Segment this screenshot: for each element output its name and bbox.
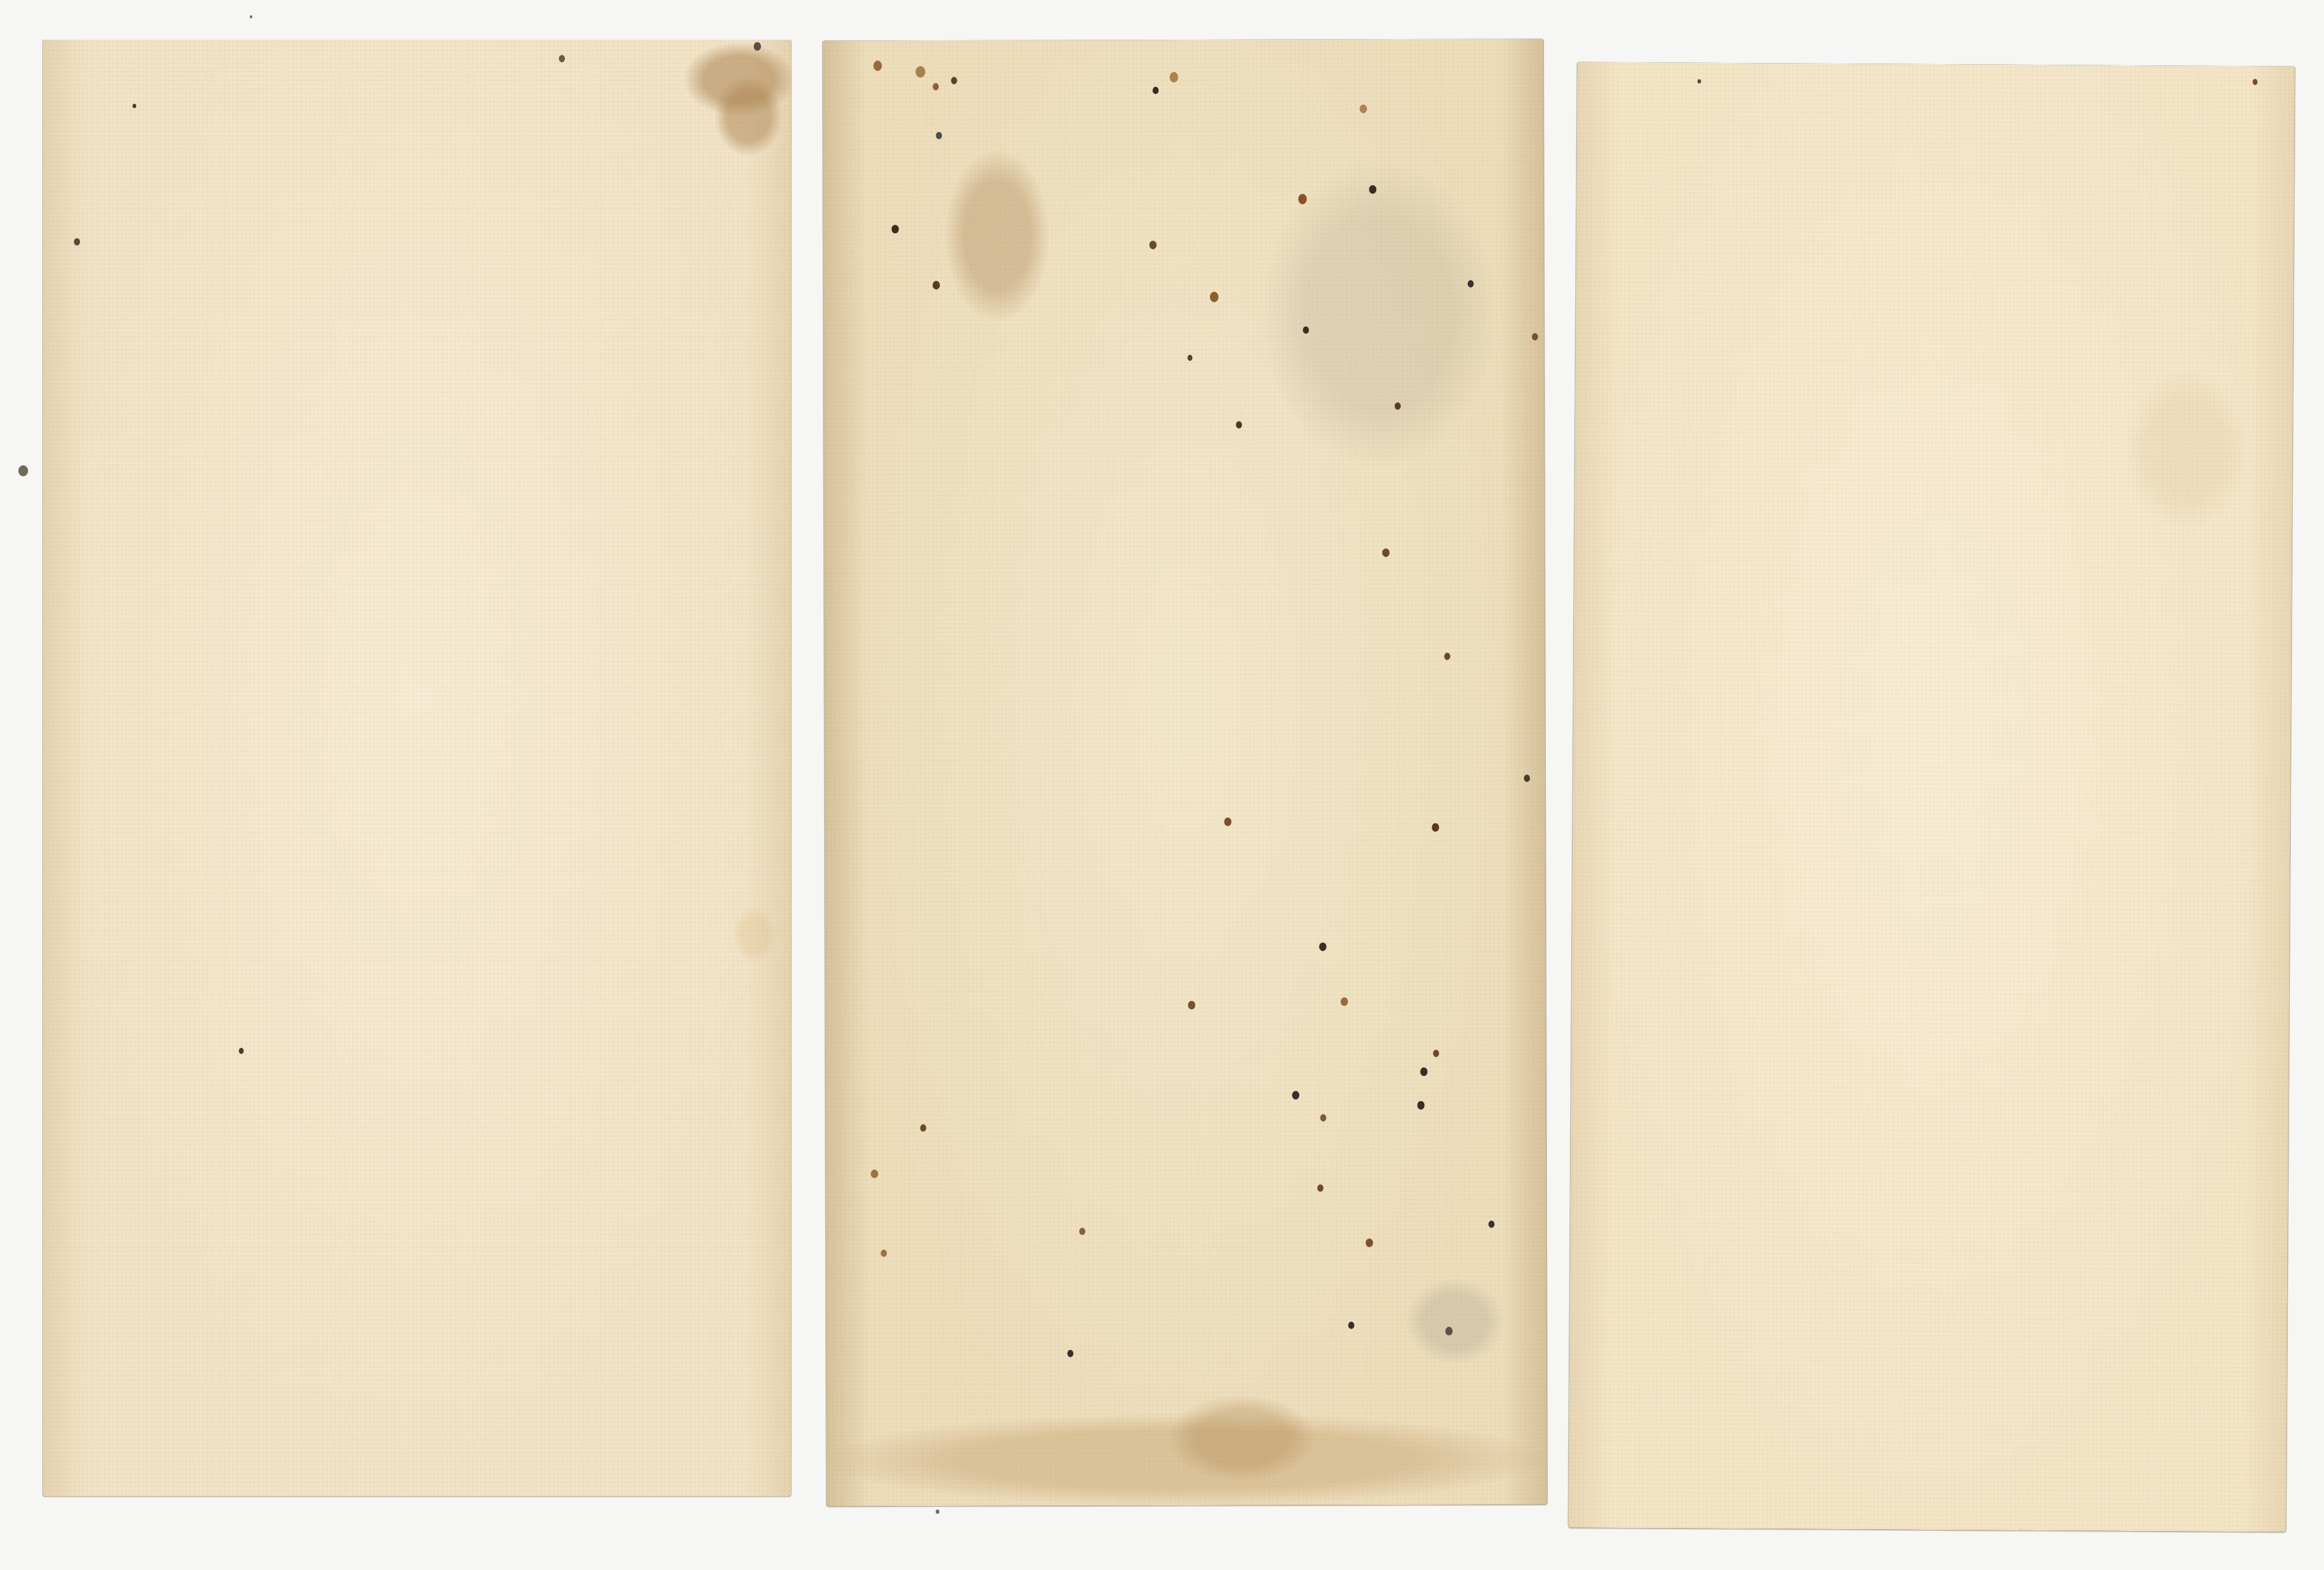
- foxing-speck: [1236, 421, 1242, 429]
- foxing-speck: [1210, 292, 1218, 302]
- foxing-speck: [1187, 355, 1192, 361]
- foxing-speck: [74, 238, 80, 245]
- foxing-speck: [1348, 1321, 1354, 1329]
- scanner-dust-dot: [18, 465, 28, 476]
- paper-texture: [43, 40, 791, 1496]
- foxing-stain: [1168, 1395, 1315, 1481]
- scanner-dust-dot: [250, 15, 252, 18]
- paper-texture: [1568, 62, 2295, 1532]
- foxing-speck: [1433, 1050, 1439, 1057]
- foxing-speck: [1303, 326, 1309, 333]
- foxing-speck: [873, 60, 882, 71]
- foxing-speck: [933, 83, 939, 90]
- foxing-speck: [1532, 333, 1538, 340]
- foxing-speck: [1444, 653, 1450, 660]
- foxing-speck: [1320, 1114, 1326, 1121]
- foxing-speck: [1317, 1184, 1324, 1191]
- foxing-speck: [1299, 194, 1307, 204]
- foxing-stain: [945, 150, 1049, 321]
- foxing-stain: [1262, 161, 1495, 467]
- foxing-stain: [1406, 1279, 1504, 1364]
- foxing-stain: [715, 76, 782, 156]
- foxing-speck: [1394, 402, 1401, 410]
- foxing-speck: [951, 77, 957, 84]
- foxing-speck: [2253, 79, 2257, 85]
- right-card: [1568, 62, 2295, 1532]
- foxing-speck: [936, 132, 942, 139]
- foxing-speck: [1524, 775, 1530, 782]
- foxing-speck: [1170, 72, 1178, 82]
- foxing-speck: [1079, 1227, 1085, 1235]
- middle-card: [823, 38, 1547, 1506]
- foxing-speck: [1488, 1221, 1495, 1228]
- foxing-speck: [1153, 87, 1159, 94]
- foxing-speck: [1067, 1350, 1073, 1357]
- foxing-stain: [2124, 371, 2248, 530]
- foxing-speck: [920, 1124, 927, 1132]
- scanner-dust-dot: [936, 1510, 939, 1514]
- foxing-speck: [559, 55, 565, 62]
- foxing-speck: [881, 1249, 887, 1257]
- foxing-speck: [1468, 280, 1474, 288]
- foxing-stain: [733, 907, 776, 962]
- left-card: [43, 40, 791, 1496]
- foxing-speck: [239, 1048, 244, 1054]
